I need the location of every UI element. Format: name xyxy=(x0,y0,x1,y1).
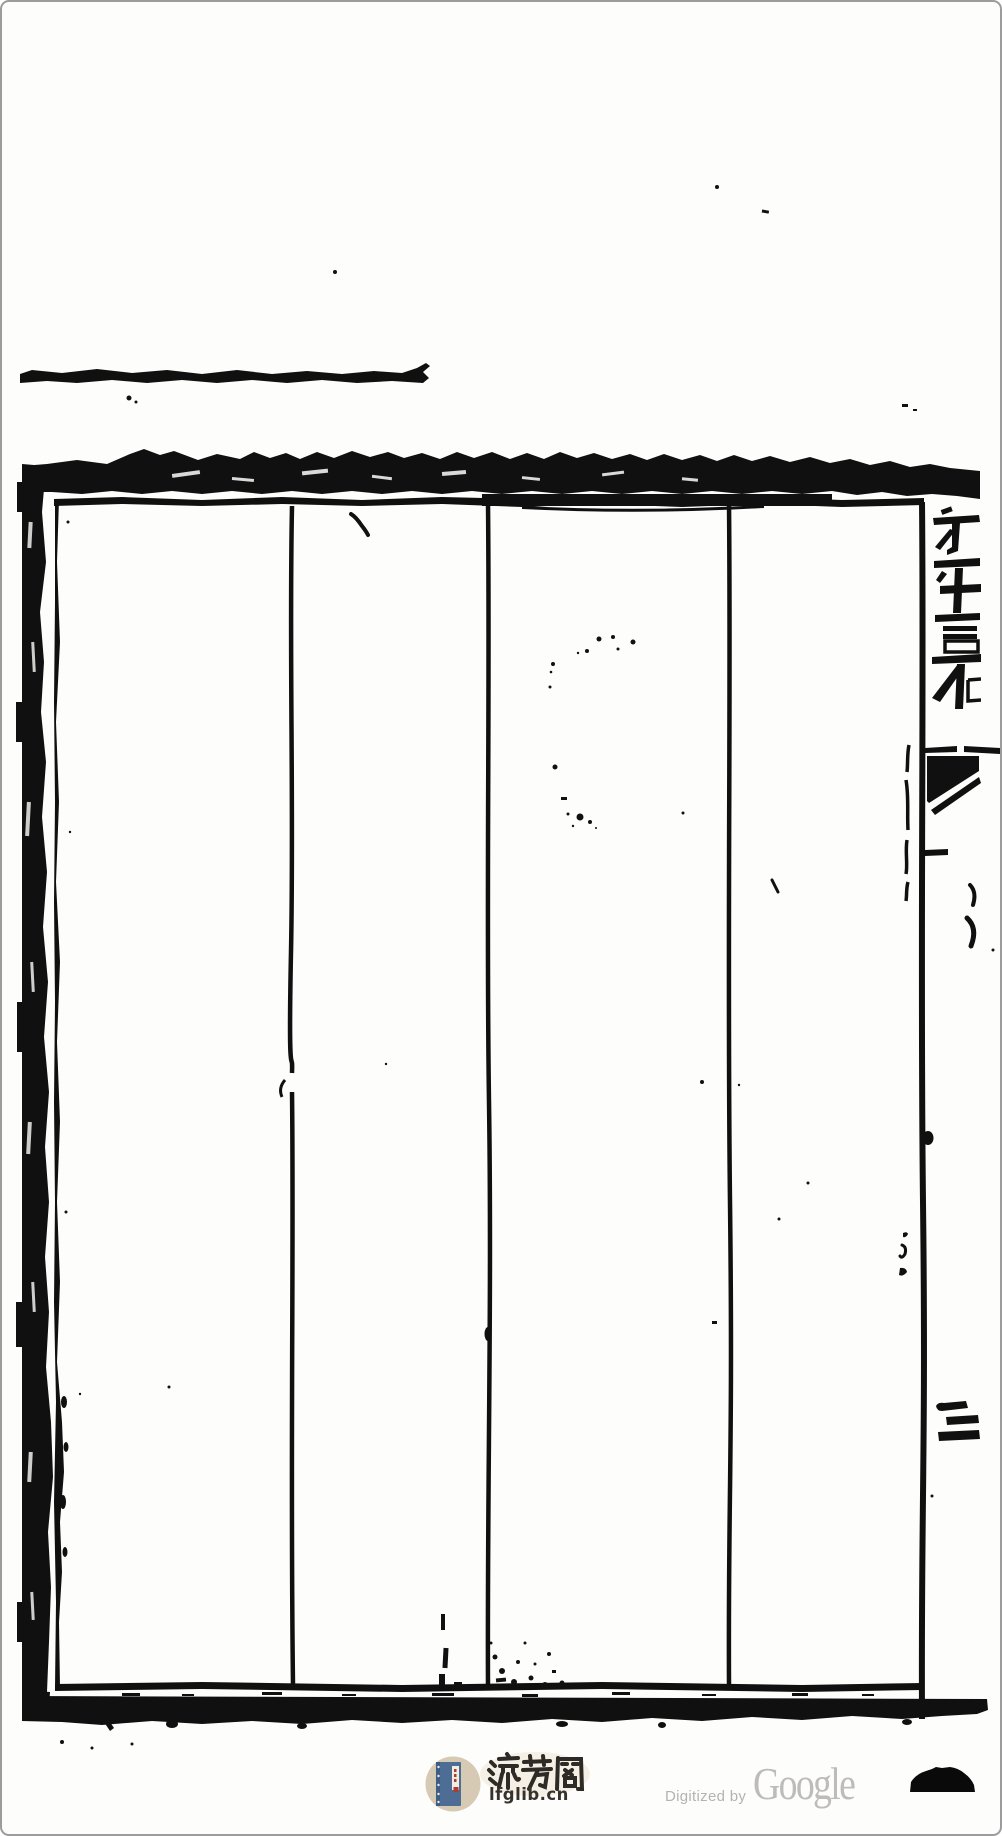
ink-specks xyxy=(65,185,934,1688)
column-rules xyxy=(281,502,924,1719)
woodblock-page-artwork xyxy=(2,2,1000,1834)
lfglib-url-text: lfglib.cn xyxy=(489,1786,569,1805)
fishtail-marker-icon xyxy=(925,746,1000,952)
spine-title-characters xyxy=(932,506,981,709)
spine-fold-broken-rule xyxy=(906,745,909,901)
frame-left-border xyxy=(16,464,69,1720)
spine-rule-fragments xyxy=(899,1232,908,1275)
spine-rule-blot xyxy=(923,1131,934,1145)
top-smudge-bar xyxy=(20,363,430,383)
lfglib-logo xyxy=(426,1757,481,1812)
column-rule-blot xyxy=(485,1327,492,1341)
frame-bottom-border xyxy=(22,1682,988,1750)
google-logo-text: Google xyxy=(753,1758,854,1810)
scan-edge-blob xyxy=(910,1767,975,1792)
scanned-book-page: lfglib.cn Digitized by Google xyxy=(0,0,1002,1836)
digitized-by-label: Digitized by xyxy=(665,1788,746,1805)
frame-top-border xyxy=(22,449,980,512)
leaf-number-three xyxy=(936,1401,980,1441)
